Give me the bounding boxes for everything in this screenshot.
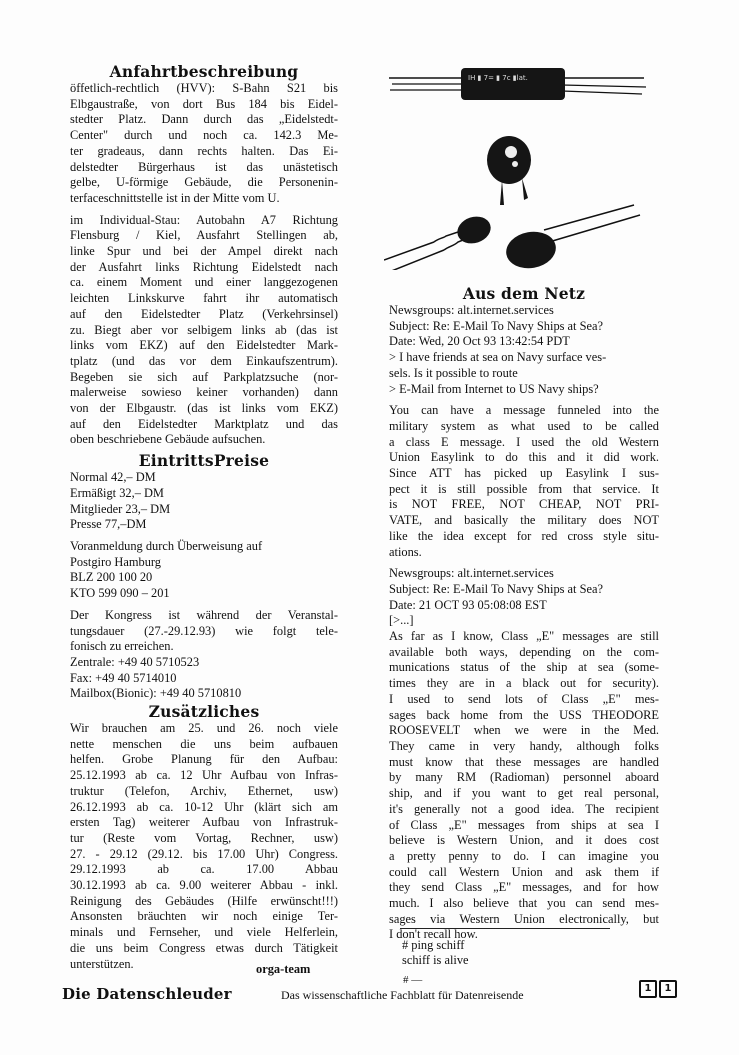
text-line: linke Spur und bei der Ampel direkt nach — [70, 244, 338, 260]
text-line: VATE, and basically the military does NO… — [389, 513, 659, 529]
page-number: 1 1 — [639, 980, 677, 998]
text-line: could call Western Union and ask them if — [389, 865, 659, 881]
text-line: ship, and if you want to get real person… — [389, 786, 659, 802]
text-line: stedter Platz. Dann durch das „Eidelsted… — [70, 112, 338, 128]
post1-quote: > I have friends at sea on Navy surface … — [389, 350, 659, 397]
text-line: ersten Tag) weiterer Aufbau von Infrastr… — [70, 815, 338, 831]
divider-rule — [400, 928, 610, 929]
post1-header: Newsgroups: alt.internet.servicesSubject… — [389, 303, 659, 350]
text-line: like the idea except for red cross style… — [389, 529, 659, 545]
text-line: im Individual-Stau: Autobahn A7 Richtung — [70, 213, 338, 229]
text-line: Newsgroups: alt.internet.services — [389, 566, 659, 582]
text-line: 25.12.1993 ab ca. 12 Uhr Aufbau von Infr… — [70, 768, 338, 784]
text-line: Presse 77,–DM — [70, 517, 338, 533]
text-line: They came in very handy, although folks — [389, 739, 659, 755]
text-line: Voranmeldung durch Überweisung auf — [70, 539, 338, 555]
text-line: Mitglieder 23,– DM — [70, 502, 338, 518]
heading-aus-dem-netz: Aus dem Netz — [389, 284, 659, 303]
right-column: Aus dem Netz Newsgroups: alt.internet.se… — [389, 284, 659, 943]
text-line: You can have a message funneled into the — [389, 403, 659, 419]
post2-body: As far as I know, Class „E" messages are… — [389, 629, 659, 943]
text-line: die uns beim Congress etwas durch Tätigk… — [70, 941, 338, 957]
footer-tagline: Das wissenschaftliche Fachblatt für Date… — [281, 988, 524, 1003]
text-line: Zentrale: +49 40 5710523 — [70, 655, 338, 671]
text-line: fonisch zu erreichen. — [70, 639, 338, 655]
text-line: Newsgroups: alt.internet.services — [389, 303, 659, 319]
footer-hash-mark: # — — [403, 974, 422, 986]
text-line: tur (Reste vom Vortag, Rechner, usw) — [70, 831, 338, 847]
text-line: Wir brauchen am 25. und 26. noch viele — [70, 721, 338, 737]
text-line: delstedter Bürgerhaus ist das unästetisc… — [70, 160, 338, 176]
text-line: truktur (Telefon, Archiv, Ethernet, usw) — [70, 784, 338, 800]
text-line: > E-Mail from Internet to US Navy ships? — [389, 382, 659, 398]
newsletter-page: Anfahrtbeschreibung öffetlich-rechtlich … — [0, 0, 739, 1055]
signature-orga-team: orga-team — [256, 962, 310, 977]
price-list: Normal 42,– DMErmäßigt 32,– DMMitglieder… — [70, 470, 338, 533]
text-line: ations. — [389, 545, 659, 561]
text-line: Reinigung des Gebäudes (Hilfe erwünscht!… — [70, 894, 338, 910]
text-line: schiff is alive — [402, 953, 469, 968]
text-line: 29.12.1993 ab ca. 17.00 Abbau — [70, 862, 338, 878]
text-line: ca. einem Moment und einer langgezogenen — [70, 275, 338, 291]
left-column: Anfahrtbeschreibung öffetlich-rechtlich … — [70, 62, 338, 972]
text-line: much. I also believe that you can send m… — [389, 896, 659, 912]
anfahrt-auto-paragraph: im Individual-Stau: Autobahn A7 Richtung… — [70, 213, 338, 449]
text-line: zu. Biegt aber vor selbigem links ab (da… — [70, 323, 338, 339]
text-line: ter gradeaus, dann rechts halten. Das Ei… — [70, 144, 338, 160]
page-digit: 1 — [659, 980, 677, 998]
text-line: must know that these messages are handle… — [389, 755, 659, 771]
text-line: auf den Eidelstedter Marktplatz und das — [70, 417, 338, 433]
text-line: they send Class „E" messages, and for ho… — [389, 880, 659, 896]
text-line: minals und Fernseher, und viele Helferle… — [70, 925, 338, 941]
text-line: tplatz (und das vor dem Einkaufszentrum)… — [70, 354, 338, 370]
text-line: 26.12.1993 ab ca. 10-12 Uhr (klärt sich … — [70, 800, 338, 816]
text-line: # ping schiff — [402, 938, 469, 953]
heading-eintrittspreise: EintrittsPreise — [70, 451, 338, 470]
text-line: Union Easylink to do this and it did wor… — [389, 450, 659, 466]
text-line: öffetlich-rechtlich (HVV): S-Bahn S21 bi… — [70, 81, 338, 97]
text-line: tungsdauer (27.-29.12.93) wie folgt tele… — [70, 624, 338, 640]
text-line: military system as what used to be calle… — [389, 419, 659, 435]
text-line: Fax: +49 40 5714010 — [70, 671, 338, 687]
zusaetzliches-paragraph: Wir brauchen am 25. und 26. noch vielene… — [70, 721, 338, 972]
electronic-components-illustration: IH ▮ 7= ▮ 7c ▮lat. — [384, 60, 684, 270]
text-line: nette menschen die uns beim aufbauen — [70, 737, 338, 753]
trimmer-potentiometer-icon — [487, 136, 531, 205]
text-line: sages via Western Union electronically, … — [389, 912, 659, 928]
text-line: As far as I know, Class „E" messages are… — [389, 629, 659, 645]
heading-anfahrtbeschreibung: Anfahrtbeschreibung — [70, 62, 338, 81]
text-line: Begeben sie sich auf Parkplatzsuche (nor… — [70, 370, 338, 386]
text-line: sels. Is it possible to route — [389, 366, 659, 382]
text-line: terfaceschnittstelle ist in der Mitte vo… — [70, 191, 338, 207]
post2-header: Newsgroups: alt.internet.servicesSubject… — [389, 566, 659, 629]
text-line: Elbgaustraße, von dort Bus 184 bis Eidel… — [70, 97, 338, 113]
large-disc-capacitor-icon — [503, 205, 640, 270]
contact-intro: Der Kongress ist während der Veranstal-t… — [70, 608, 338, 655]
text-line: BLZ 200 100 20 — [70, 570, 338, 586]
text-line: Center" durch und noch ca. 142.3 Me- — [70, 128, 338, 144]
text-line: sages back home from the USS THEODORE — [389, 708, 659, 724]
text-line: by many RM (Radioman) personnel aboard — [389, 770, 659, 786]
text-line: Flensburg / Kiel, Ausfahrt Stellingen ab… — [70, 228, 338, 244]
text-line: Ansonsten bräuchten wir noch einige Ter- — [70, 909, 338, 925]
masthead-logo: Die Datenschleuder — [62, 985, 232, 1003]
resistor-component-icon: IH ▮ 7= ▮ 7c ▮lat. — [389, 68, 646, 100]
text-line: munications status of the ship at sea (s… — [389, 660, 659, 676]
text-line: > I have friends at sea on Navy surface … — [389, 350, 659, 366]
text-line: believe is Western Union, and it does co… — [389, 833, 659, 849]
small-disc-capacitor-icon — [384, 212, 494, 270]
svg-text:IH ▮ 7= ▮ 7c ▮lat.: IH ▮ 7= ▮ 7c ▮lat. — [468, 74, 528, 82]
text-line: KTO 599 090 – 201 — [70, 586, 338, 602]
text-line: available both ways, depending on the co… — [389, 645, 659, 661]
text-line: malerweise sowieso keiner vorhanden) dan… — [70, 385, 338, 401]
text-line: pect it is still possible from that serv… — [389, 482, 659, 498]
text-line: oben beschriebene Gebäude aufsuchen. — [70, 432, 338, 448]
text-line: a pretty penny to do. I can imagine you — [389, 849, 659, 865]
text-line: 27. - 29.12 (29.12. bis 17.00 Uhr) Congr… — [70, 847, 338, 863]
text-line: is NOT FREE, NOT CHEAP, NOT PRI- — [389, 497, 659, 513]
bank-details: Voranmeldung durch Überweisung aufPostgi… — [70, 539, 338, 602]
text-line: Normal 42,– DM — [70, 470, 338, 486]
text-line: Since ATT has picked up Easylink I sus- — [389, 466, 659, 482]
heading-zusaetzliches: Zusätzliches — [70, 702, 338, 721]
text-line: a class E message. I used the old Wester… — [389, 435, 659, 451]
text-line: helfen. Grobe Planung für den Aufbau: — [70, 752, 338, 768]
text-line: it's generally not a good idea. The reci… — [389, 802, 659, 818]
text-line: gelbe, U-förmige Gebäude, die Personenin… — [70, 175, 338, 191]
page-digit: 1 — [639, 980, 657, 998]
text-line: leichten Linkskurve fahrt ihr automatisc… — [70, 291, 338, 307]
ping-snippet: # ping schiffschiff is alive — [402, 938, 469, 968]
contact-numbers: Zentrale: +49 40 5710523Fax: +49 40 5714… — [70, 655, 338, 702]
anfahrt-oepnv-paragraph: öffetlich-rechtlich (HVV): S-Bahn S21 bi… — [70, 81, 338, 207]
text-line: von der Elbgaustr. (das ist links vom EK… — [70, 401, 338, 417]
text-line: auf den Eidelstedter Platz (Verkehrsinse… — [70, 307, 338, 323]
text-line: Date: Wed, 20 Oct 93 13:42:54 PDT — [389, 334, 659, 350]
text-line: Ermäßigt 32,– DM — [70, 486, 338, 502]
text-line: 30.12.1993 ab ca. 9.00 weiterer Abbau - … — [70, 878, 338, 894]
text-line: Subject: Re: E-Mail To Navy Ships at Sea… — [389, 582, 659, 598]
text-line: times they are in a black out for securi… — [389, 676, 659, 692]
text-line: Der Kongress ist während der Veranstal- — [70, 608, 338, 624]
text-line: of Class „E" messages from ships at sea … — [389, 818, 659, 834]
text-line: der Ausfahrt links Richtung Eidelstedt n… — [70, 260, 338, 276]
text-line: I used to send lots of Class „E" mes- — [389, 692, 659, 708]
post1-body: You can have a message funneled into the… — [389, 403, 659, 560]
text-line: ROOSEVELT when we were in the Med. — [389, 723, 659, 739]
text-line: Date: 21 OCT 93 05:08:08 EST — [389, 598, 659, 614]
text-line: Mailbox(Bionic): +49 40 5710810 — [70, 686, 338, 702]
text-line: [>...] — [389, 613, 659, 629]
text-line: links vom EKZ) auf den Eidelstedter Mark… — [70, 338, 338, 354]
text-line: Postgiro Hamburg — [70, 555, 338, 571]
text-line: Subject: Re: E-Mail To Navy Ships at Sea… — [389, 319, 659, 335]
